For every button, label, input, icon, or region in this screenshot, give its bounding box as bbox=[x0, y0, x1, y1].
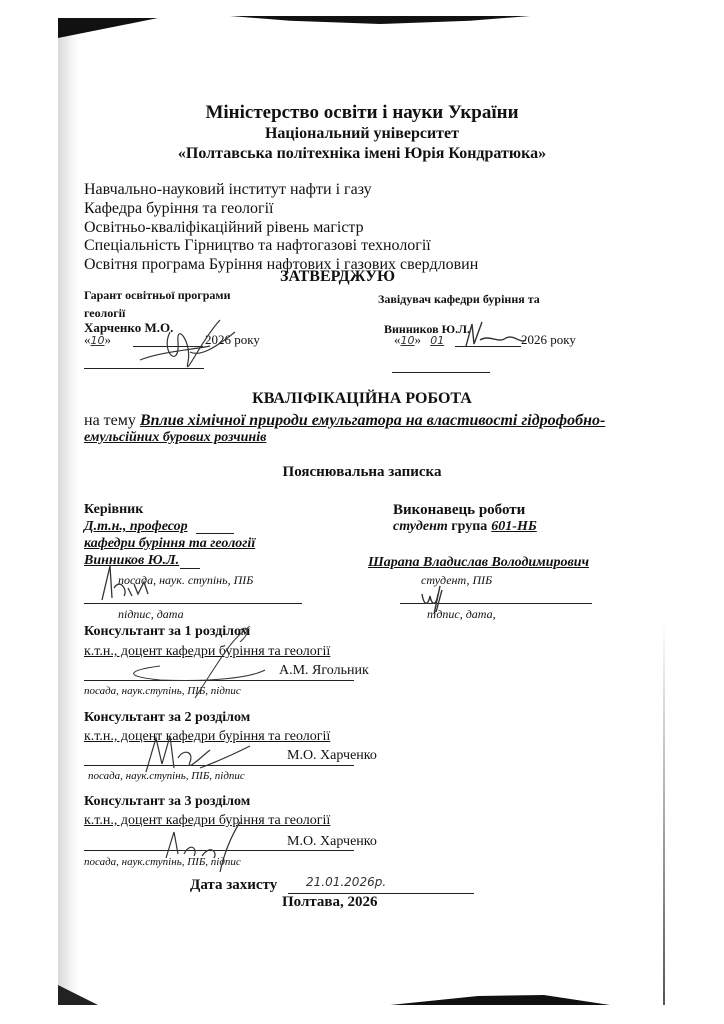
performer-signature-line bbox=[400, 603, 592, 604]
work-title: КВАЛІФІКАЦІЙНА РОБОТА bbox=[0, 390, 724, 408]
topic-prefix: на тему bbox=[84, 412, 136, 429]
performer-heading: Виконавець роботи bbox=[393, 502, 525, 519]
consultant2-signature-line bbox=[84, 765, 354, 766]
consultant2-caption: посада, наук.ступінь, ПІБ, підпис bbox=[88, 770, 245, 782]
close-quote: » bbox=[415, 332, 422, 347]
ministry-title: Міністерство освіти і науки України bbox=[0, 102, 724, 124]
performer-position-caption: студент, ПІБ bbox=[421, 573, 492, 588]
qualification-line: Освітньо-кваліфікаційний рівень магістр bbox=[84, 219, 364, 237]
consultant1-heading: Консультант за 1 розділом bbox=[84, 624, 250, 640]
guarantor-role: Гарант освітньої програми bbox=[84, 288, 231, 303]
consultant3-signature-line bbox=[84, 850, 354, 851]
consultant3-name: М.О. Харченко bbox=[287, 834, 377, 850]
approval-heading: ЗАТВЕРДЖУЮ bbox=[280, 268, 395, 286]
scan-page-edge-right bbox=[663, 620, 665, 1005]
supervisor-signature-line bbox=[84, 603, 302, 604]
performer-role: студент bbox=[393, 519, 448, 534]
consultant3-position: к.т.н., доцент кафедри буріння та геолог… bbox=[84, 813, 330, 829]
performer-group-row: студент група601-НБ bbox=[393, 519, 551, 535]
institute-line: Навчально-науковий інститут нафти і газу bbox=[84, 181, 372, 199]
head-signature-line bbox=[392, 372, 490, 373]
consultant3-heading: Консультант за 3 розділом bbox=[84, 794, 250, 810]
scan-page-edge bbox=[58, 30, 80, 1000]
head-year: 2026 року bbox=[521, 332, 576, 348]
consultant1-name: А.М. Ягольник bbox=[279, 663, 369, 679]
consultant2-heading: Консультант за 2 розділом bbox=[84, 710, 250, 726]
scan-shadow-top-left bbox=[58, 18, 158, 38]
defense-date-label: Дата захисту bbox=[190, 877, 277, 894]
supervisor-department: кафедри буріння та геології bbox=[84, 536, 255, 552]
supervisor-signature-caption: підпис, дата bbox=[118, 607, 184, 622]
performer-signature-caption: підпис, дата, bbox=[427, 607, 496, 622]
supervisor-heading: Керівник bbox=[84, 502, 143, 518]
underline-filler bbox=[196, 533, 234, 534]
group-value: 601-НБ bbox=[487, 519, 550, 534]
university-name-line1: Національний університет bbox=[0, 125, 724, 143]
guarantor-signature-line bbox=[84, 368, 204, 369]
supervisor-degree: Д.т.н., професор bbox=[84, 519, 188, 535]
guarantor-role-cont: геології bbox=[84, 306, 125, 321]
approval-day: 10 bbox=[91, 334, 105, 347]
date-month-line bbox=[133, 346, 203, 347]
consultant3-caption: посада, наук.ступінь, ПІБ, підпис bbox=[84, 856, 241, 868]
guarantor-year: 2026 року bbox=[205, 332, 260, 348]
consultant2-name: М.О. Харченко bbox=[287, 748, 377, 764]
university-name-line2: «Полтавська політехніка імені Юрія Кондр… bbox=[0, 145, 724, 163]
guarantor-date-field: «10» bbox=[84, 332, 111, 348]
consultant1-signature-line bbox=[84, 680, 354, 681]
underline-filler bbox=[180, 568, 200, 569]
consultant2-position: к.т.н., доцент кафедри буріння та геолог… bbox=[84, 729, 330, 745]
head-date-field: «10» 01 bbox=[394, 332, 444, 348]
topic-line1: на тему Вплив хімічної природи емульгато… bbox=[84, 412, 605, 430]
supervisor-position-caption: посада, наук. ступінь, ПІБ bbox=[118, 573, 253, 588]
supervisor-name: Винников Ю.Л. bbox=[84, 553, 179, 569]
close-quote: » bbox=[105, 332, 112, 347]
topic-text: Вплив хімічної природи емульгатора на вл… bbox=[140, 412, 605, 429]
consultant1-position: к.т.н., доцент кафедри буріння та геолог… bbox=[84, 644, 330, 660]
date-month-line bbox=[455, 346, 521, 347]
scan-shadow-top bbox=[230, 16, 530, 24]
topic-line2: емульсійних бурових розчинів bbox=[84, 430, 266, 446]
scan-shadow-bottom bbox=[390, 995, 610, 1005]
approval-month: 01 bbox=[430, 334, 444, 347]
explanatory-note-title: Пояснювальна записка bbox=[0, 464, 724, 481]
head-of-department-role: Завідувач кафедри буріння та bbox=[378, 292, 540, 307]
consultant1-caption: посада, наук.ступінь, ПІБ, підпис bbox=[84, 685, 241, 697]
department-line: Кафедра буріння та геології bbox=[84, 200, 274, 218]
group-label: група bbox=[451, 519, 487, 534]
approval-day: 10 bbox=[401, 334, 415, 347]
specialty-line: Спеціальність Гірництво та нафтогазові т… bbox=[84, 237, 431, 255]
city-year: Полтава, 2026 bbox=[282, 894, 378, 911]
defense-date-value: 21.01.2026р. bbox=[306, 875, 386, 889]
performer-name: Шарапа Владислав Володимирович bbox=[368, 555, 589, 571]
